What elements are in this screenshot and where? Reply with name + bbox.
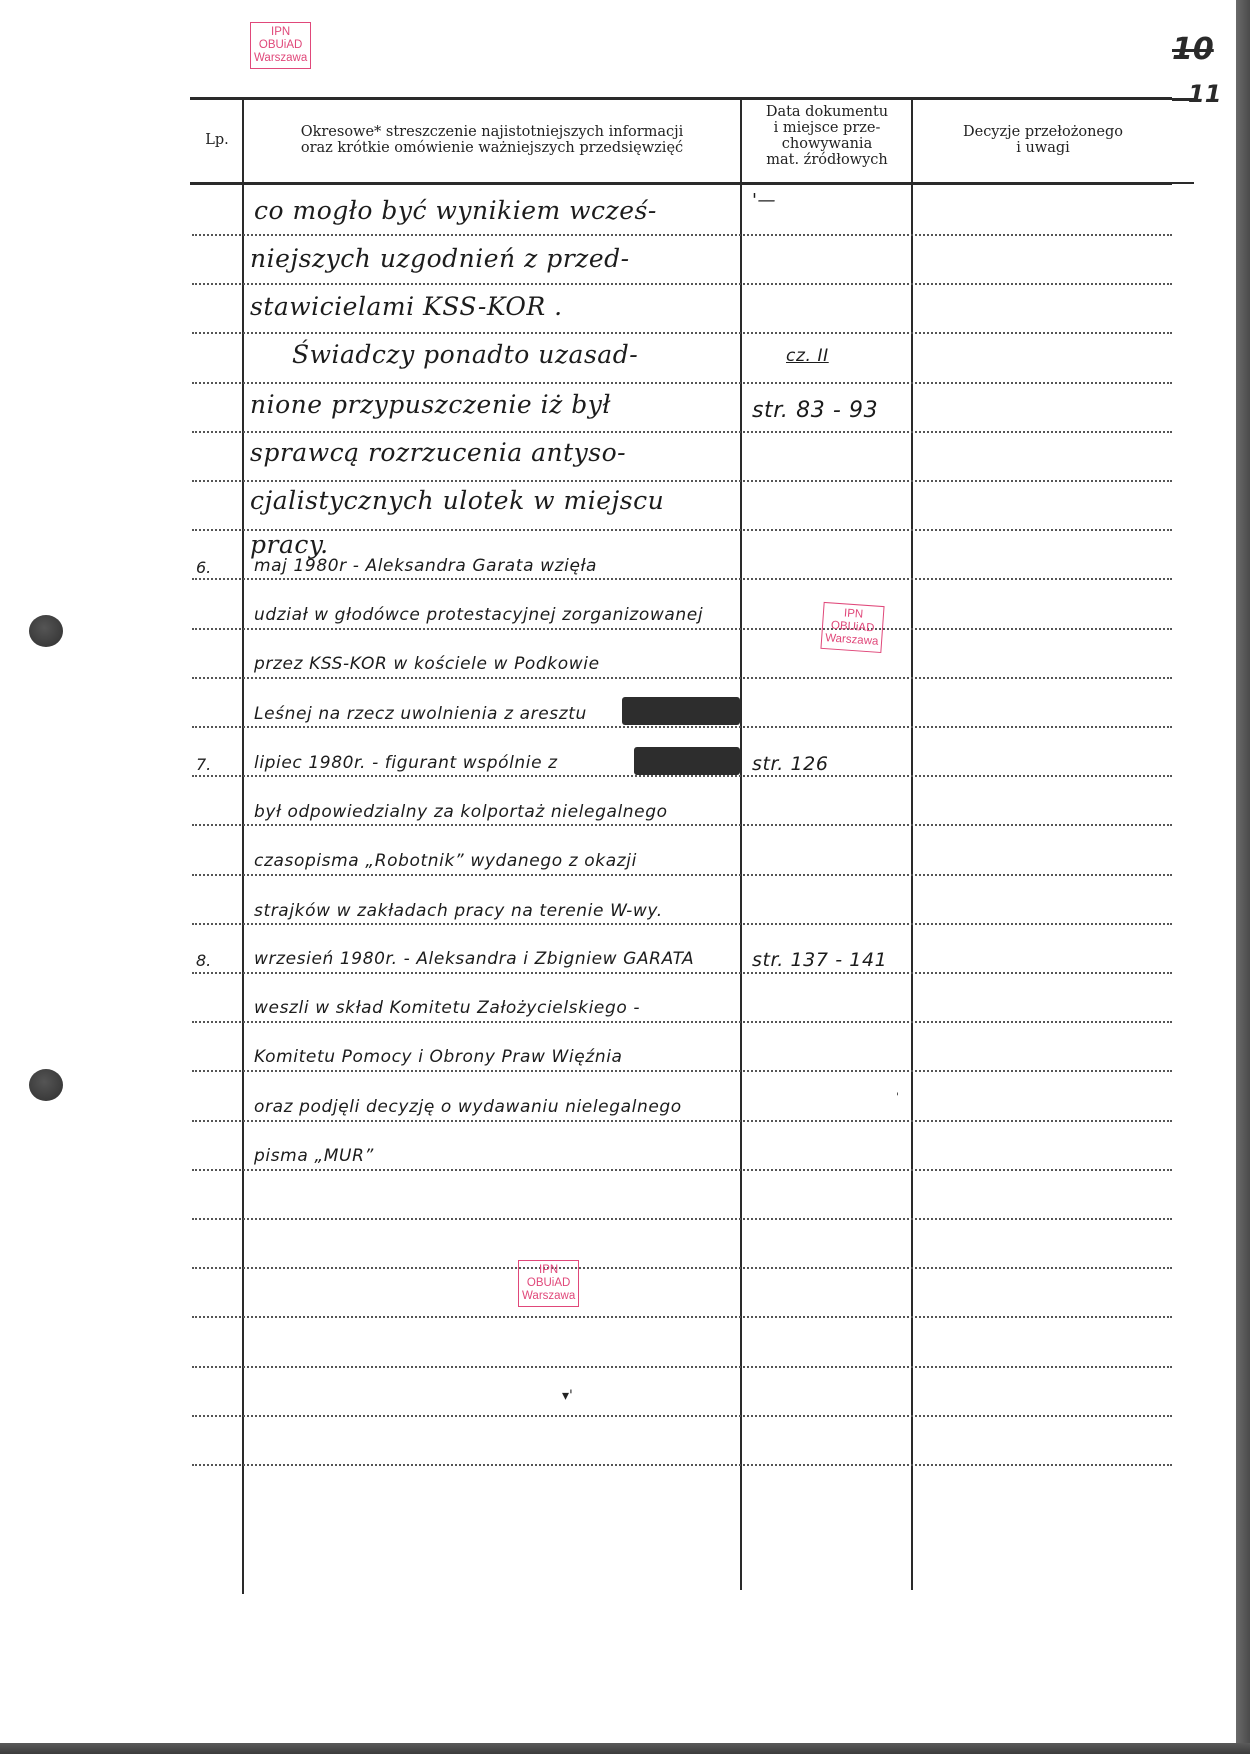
entry-line: strajków w zakładach pracy na terenie W-… — [254, 901, 663, 921]
handwritten-line: Świadczy ponadto uzasad- — [292, 340, 638, 369]
entry-number: 6. — [196, 558, 211, 577]
page-number-crossed: 10 — [1172, 32, 1214, 67]
stamp-line: Warszawa — [522, 1290, 575, 1303]
page-number: 11 — [1188, 80, 1221, 108]
continuation-source-volume: cz. II — [786, 346, 829, 366]
handwritten-line: sprawcą rozrzucenia antyso- — [250, 438, 626, 467]
handwritten-line: pracy. — [250, 530, 329, 559]
header-summary-line: oraz krótkie omówienie ważniejszych prze… — [246, 140, 738, 156]
ruled-line — [192, 923, 1172, 925]
ruled-line — [192, 234, 1172, 236]
ruled-line — [192, 1415, 1172, 1417]
entry-number: 7. — [196, 755, 211, 774]
column-divider-lp — [242, 98, 244, 1594]
entry-line: Leśnej na rzecz uwolnienia z aresztu — [254, 704, 587, 724]
handwritten-line: niejszych uzgodnień z przed- — [250, 244, 630, 273]
entry-source: str. 137 - 141 — [752, 949, 887, 971]
handwritten-line: co mogło być wynikiem wcześ- — [254, 196, 657, 225]
ruled-line — [192, 1316, 1172, 1318]
entry-number: 8. — [196, 951, 211, 970]
stamp-line: IPN — [254, 26, 307, 39]
ruled-line — [192, 529, 1172, 531]
ruled-line — [192, 874, 1172, 876]
entry-line: udział w głodówce protestacyjnej zorgani… — [254, 605, 703, 625]
table-top-rule-ext — [1172, 98, 1194, 101]
scan-edge-bottom — [0, 1743, 1250, 1754]
ruled-line — [192, 431, 1172, 433]
header-source-line: i miejsce prze- — [743, 120, 911, 136]
stamp-line: OBUiAD — [522, 1277, 575, 1290]
punch-hole-bottom — [29, 1069, 63, 1101]
handwritten-line: stawicielami KSS-KOR . — [250, 292, 563, 321]
ruled-line — [192, 1218, 1172, 1220]
redaction-block — [622, 697, 740, 725]
header-source-line: mat. źródłowych — [743, 152, 911, 168]
continuation-source-pages: str. 83 - 93 — [752, 398, 878, 423]
header-source: Data dokumentu i miejsce prze- chowywani… — [743, 104, 911, 168]
ink-mark: ▾' — [562, 1388, 573, 1404]
ruled-line — [192, 283, 1172, 285]
entry-line: oraz podjęli decyzję o wydawaniu nielega… — [254, 1097, 682, 1117]
punch-hole-top — [29, 615, 63, 647]
entry-line: wrzesień 1980r. - Aleksandra i Zbigniew … — [254, 949, 694, 969]
entry-line: weszli w skład Komitetu Założycielskiego… — [254, 998, 640, 1018]
entry-line: czasopisma „Robotnik” wydanego z okazji — [254, 851, 637, 871]
stamp-line: IPN — [522, 1264, 575, 1277]
ruled-line — [192, 578, 1172, 580]
handwritten-line: nione przypuszczenie iż był — [250, 390, 611, 419]
entry-line: lipiec 1980r. - figurant wspólnie z — [254, 753, 558, 773]
ruled-line — [192, 824, 1172, 826]
entry-line: pisma „MUR” — [254, 1146, 374, 1166]
ruled-line — [192, 1366, 1172, 1368]
header-bottom-rule — [190, 182, 1172, 185]
ruled-line — [192, 1169, 1172, 1171]
header-lp: Lp. — [192, 132, 242, 148]
ruled-line — [192, 972, 1172, 974]
redaction-block — [634, 747, 740, 775]
ruled-line — [192, 332, 1172, 334]
entry-source: str. 126 — [752, 753, 829, 775]
header-source-line: chowywania — [743, 136, 911, 152]
entry-line: Komitetu Pomocy i Obrony Praw Więźnia — [254, 1047, 623, 1067]
handwritten-line: cjalistycznych ulotek w miejscu — [250, 486, 664, 515]
header-decisions: Decyzje przełożonego i uwagi — [914, 124, 1172, 156]
header-summary-line: Okresowe* streszczenie najistotniejszych… — [246, 124, 738, 140]
entry-line: był odpowiedzialny za kolportaż nielegal… — [254, 802, 668, 822]
scan-edge-right — [1236, 0, 1250, 1754]
continuation-dash: '— — [752, 190, 776, 211]
archive-stamp-middle: IPN OBUiAD Warszawa — [820, 602, 884, 653]
ink-mark: ' — [896, 1092, 899, 1103]
ruled-line — [192, 628, 1172, 630]
stamp-line: OBUiAD — [254, 39, 307, 52]
entry-line: przez KSS-KOR w kościele w Podkowie — [254, 654, 600, 674]
ruled-line — [192, 1070, 1172, 1072]
stamp-line: Warszawa — [254, 52, 307, 65]
ruled-line — [192, 677, 1172, 679]
header-summary: Okresowe* streszczenie najistotniejszych… — [246, 124, 738, 156]
header-decisions-line: Decyzje przełożonego — [914, 124, 1172, 140]
header-bottom-rule-ext — [1172, 182, 1194, 184]
archive-stamp-top: IPN OBUiAD Warszawa — [250, 22, 311, 69]
ruled-line — [192, 775, 1172, 777]
entry-line: maj 1980r - Aleksandra Garata wzięła — [254, 556, 597, 576]
stamp-line: Warszawa — [825, 632, 879, 649]
ruled-line — [192, 382, 1172, 384]
ruled-line — [192, 726, 1172, 728]
archive-stamp-bottom: IPN OBUiAD Warszawa — [518, 1260, 579, 1307]
ruled-line — [192, 1021, 1172, 1023]
ruled-line — [192, 1120, 1172, 1122]
table-top-rule — [190, 97, 1172, 100]
ruled-line — [192, 480, 1172, 482]
header-source-line: Data dokumentu — [743, 104, 911, 120]
header-decisions-line: i uwagi — [914, 140, 1172, 156]
ruled-line — [192, 1464, 1172, 1466]
ruled-line — [192, 1267, 1172, 1269]
